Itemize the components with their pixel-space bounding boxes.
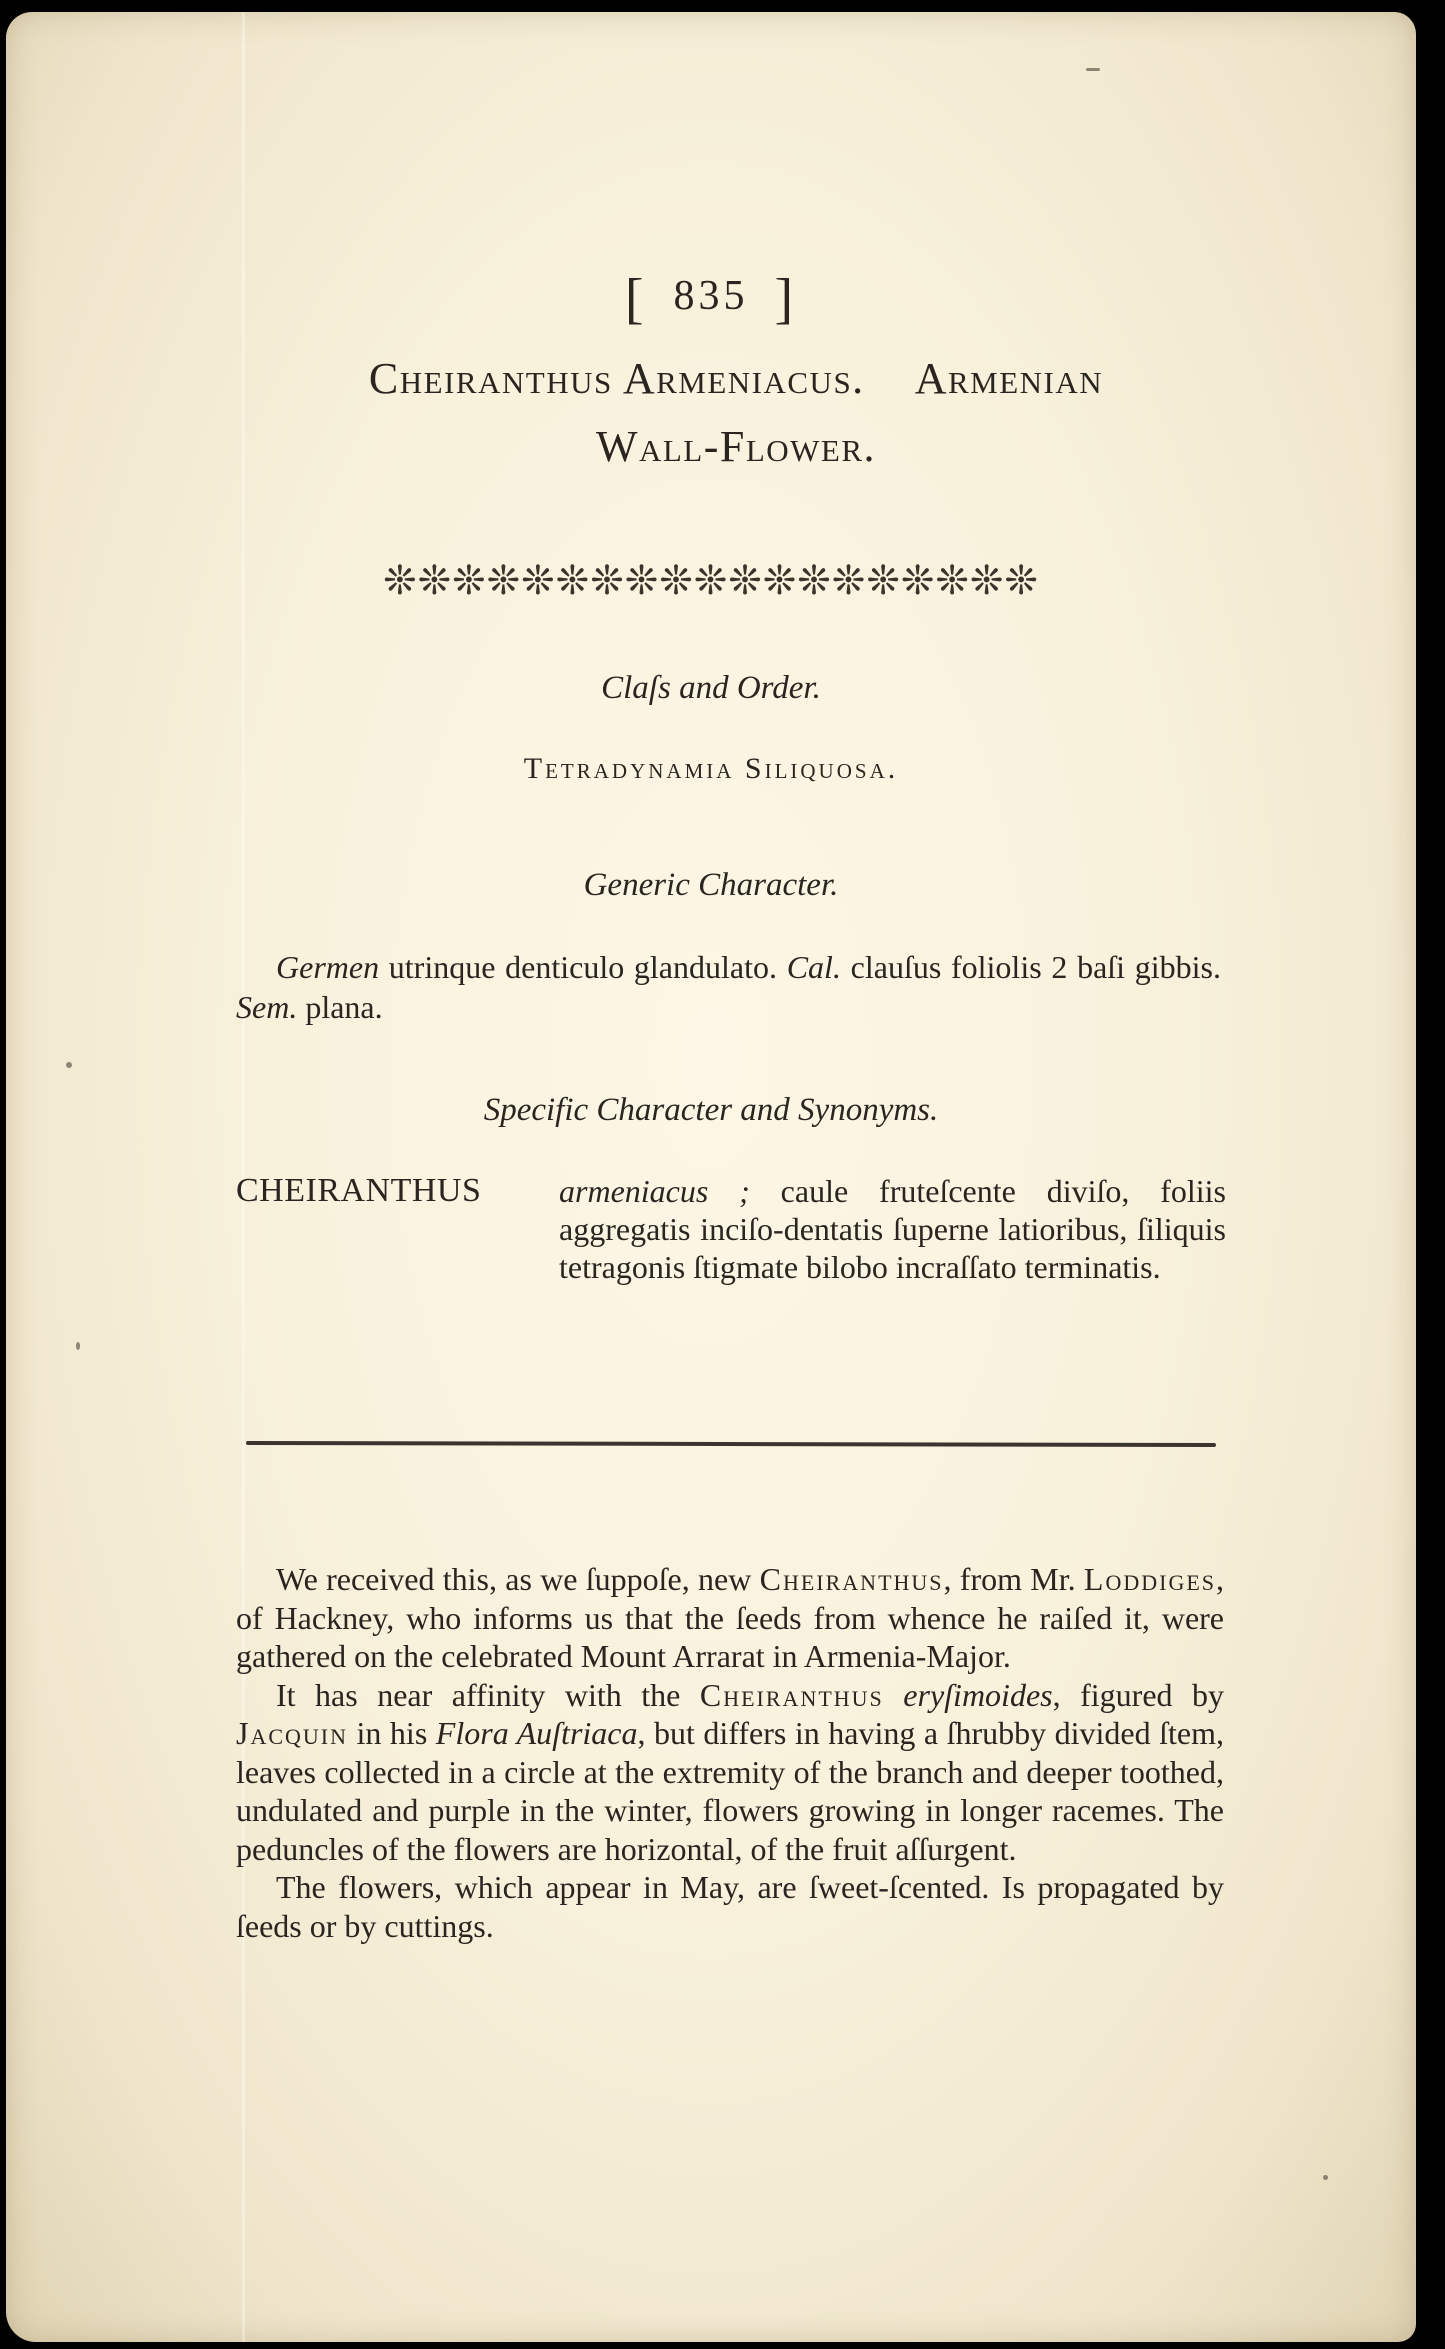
page-title: Cheiranthus Armeniacus.Armenian Wall-Flo…: [261, 345, 1211, 481]
paragraph-2: It has near affinity with the Cheiranthu…: [236, 1676, 1224, 1869]
paper-speck: [1086, 68, 1100, 71]
document-page: [835] Cheiranthus Armeniacus.Armenian Wa…: [6, 12, 1416, 2342]
bracket-right: ]: [775, 268, 798, 330]
paper-speck: [66, 1062, 72, 1068]
class-order-heading: Claſs and Order.: [6, 670, 1416, 707]
page-number: [835]: [6, 267, 1416, 331]
title-common-1: Armenian: [915, 354, 1103, 403]
sem-label: Sem.: [236, 989, 297, 1025]
sem-text: plana.: [297, 989, 382, 1025]
paper-speck: [1323, 2175, 1328, 2180]
title-latin: Cheiranthus Armeniacus.: [369, 354, 865, 403]
title-common-2: Wall-Flower.: [596, 422, 876, 471]
paragraph-1: We received this, as we ſuppoſe, new Che…: [236, 1560, 1224, 1676]
specific-description: armeniacus ; caule fruteſcente diviſo, f…: [559, 1172, 1226, 1286]
germen-text: utrinque denticulo glandulato.: [379, 949, 787, 985]
horizontal-rule: [246, 1441, 1216, 1447]
generic-character-text: Germen utrinque denticulo glandulato. Ca…: [236, 947, 1221, 1027]
class-order-value: Tetradynamia Siliquosa.: [6, 752, 1416, 786]
paragraph-3: The flowers, which appear in May, are ſw…: [236, 1868, 1224, 1945]
specific-character-heading: Specific Character and Synonyms.: [6, 1092, 1416, 1129]
cal-text: clauſus foliolis 2 baſi gibbis.: [841, 949, 1221, 985]
paper-speck: [76, 1342, 80, 1350]
germen-label: Germen: [276, 949, 379, 985]
specific-genus: CHEIRANTHUS: [236, 1172, 481, 1210]
specific-species: armeniacus ;: [559, 1173, 750, 1209]
generic-character-heading: Generic Character.: [6, 867, 1416, 904]
cal-label: Cal.: [787, 949, 841, 985]
bracket-left: [: [625, 268, 648, 330]
body-text: We received this, as we ſuppoſe, new Che…: [236, 1560, 1224, 1945]
ornament-divider: ❊❊❊❊❊❊❊❊❊❊❊❊❊❊❊❊❊❊❊: [6, 557, 1416, 604]
page-number-value: 835: [674, 273, 749, 319]
